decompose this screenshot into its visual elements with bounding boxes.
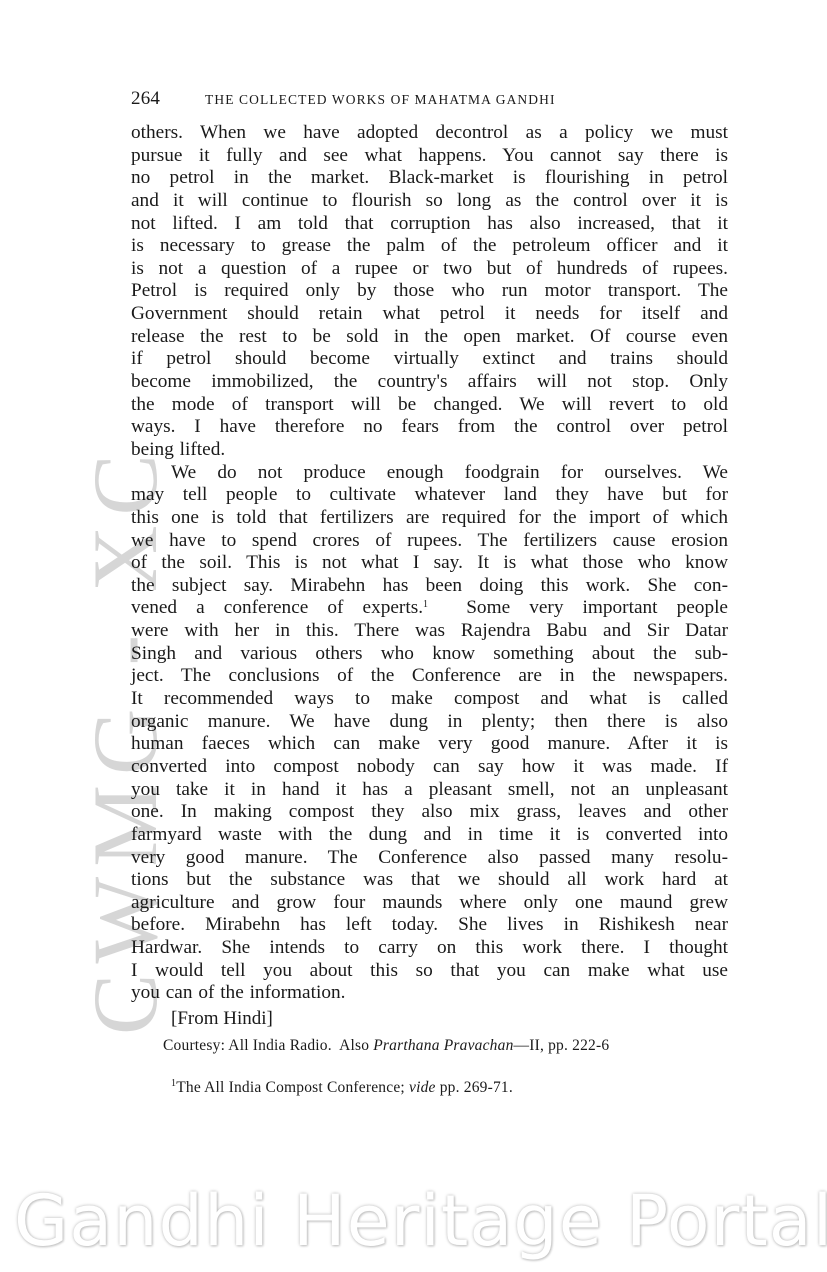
text-line: of the soil. This is not what I say. It … xyxy=(131,552,728,575)
paragraph-2: We do not produce enough foodgrain for o… xyxy=(131,462,728,1005)
footnote-text-end: pp. 269-71. xyxy=(436,1079,513,1096)
paragraph-1: others. When we have adopted decontrol a… xyxy=(131,122,728,462)
text-line: tions but the substance was that we shou… xyxy=(131,869,728,892)
text-line: not lifted. I am told that corruption ha… xyxy=(131,213,728,236)
text-line: Hardwar. She intends to carry on this wo… xyxy=(131,937,728,960)
document-page: 264 THE COLLECTED WORKS OF MAHATMA GANDH… xyxy=(131,88,728,1099)
text-line: no petrol in the market. Black-market is… xyxy=(131,167,728,190)
text-line: one. In making compost they also mix gra… xyxy=(131,801,728,824)
text-line: ject. The conclusions of the Conference … xyxy=(131,665,728,688)
text-segment: Some very important people xyxy=(428,597,728,618)
footnote-text: The All India Compost Conference; xyxy=(176,1079,409,1096)
text-line: Singh and various others who know someth… xyxy=(131,643,728,666)
text-line: being lifted. xyxy=(131,439,728,462)
text-line: is necessary to grease the palm of the p… xyxy=(131,235,728,258)
text-line: if petrol should become virtually extinc… xyxy=(131,348,728,371)
text-line: before. Mirabehn has left today. She liv… xyxy=(131,914,728,937)
text-line: you take it in hand it has a pleasant sm… xyxy=(131,779,728,802)
text-line: agriculture and grow four maunds where o… xyxy=(131,892,728,915)
text-line: were with her in this. There was Rajendr… xyxy=(131,620,728,643)
body-text: others. When we have adopted decontrol a… xyxy=(131,122,728,1005)
text-line: the mode of transport will be changed. W… xyxy=(131,394,728,417)
courtesy-prefix: Courtesy: All India Radio. Also xyxy=(163,1037,373,1054)
running-header: 264 THE COLLECTED WORKS OF MAHATMA GANDH… xyxy=(131,88,728,114)
text-line: pursue it fully and see what happens. Yo… xyxy=(131,145,728,168)
text-line-with-footnote: vened a conference of experts.1 Some ver… xyxy=(131,597,728,620)
text-line: We do not produce enough foodgrain for o… xyxy=(131,462,728,485)
text-line: is not a question of a rupee or two but … xyxy=(131,258,728,281)
text-line: others. When we have adopted decontrol a… xyxy=(131,122,728,145)
text-line: you can of the information. xyxy=(131,982,728,1005)
text-line: It recommended ways to make compost and … xyxy=(131,688,728,711)
text-line: human faeces which can make very good ma… xyxy=(131,733,728,756)
text-line: this one is told that fertilizers are re… xyxy=(131,507,728,530)
text-segment: vened a conference of experts. xyxy=(131,597,423,618)
footnote-1: 1The All India Compost Conference; vide … xyxy=(131,1077,728,1099)
text-line: we have to spend crores of rupees. The f… xyxy=(131,530,728,553)
courtesy-title: Prarthana Pravachan xyxy=(373,1037,513,1054)
text-line: organic manure. We have dung in plenty; … xyxy=(131,711,728,734)
footnote-italic: vide xyxy=(409,1079,436,1096)
text-line: Government should retain what petrol it … xyxy=(131,303,728,326)
text-line: the subject say. Mirabehn has been doing… xyxy=(131,575,728,598)
text-line: Petrol is required only by those who run… xyxy=(131,280,728,303)
text-line: very good manure. The Conference also pa… xyxy=(131,847,728,870)
text-line: and it will continue to flourish so long… xyxy=(131,190,728,213)
courtesy-suffix: —II, pp. 222-6 xyxy=(514,1037,610,1054)
text-line: farmyard waste with the dung and in time… xyxy=(131,824,728,847)
gandhi-heritage-portal-watermark: Gandhi Heritage Portal xyxy=(14,1180,827,1262)
page-number: 264 xyxy=(131,88,205,110)
source-language-note: [From Hindi] xyxy=(131,1007,728,1031)
text-line: may tell people to cultivate whatever la… xyxy=(131,484,728,507)
text-line: become immobilized, the country's affair… xyxy=(131,371,728,394)
running-title: THE COLLECTED WORKS OF MAHATMA GANDHI xyxy=(205,92,556,108)
courtesy-line: Courtesy: All India Radio. Also Prarthan… xyxy=(131,1035,728,1057)
text-line: ways. I have therefore no fears from the… xyxy=(131,416,728,439)
text-line: I would tell you about this so that you … xyxy=(131,960,728,983)
text-line: converted into compost nobody can say ho… xyxy=(131,756,728,779)
text-line: release the rest to be sold in the open … xyxy=(131,326,728,349)
